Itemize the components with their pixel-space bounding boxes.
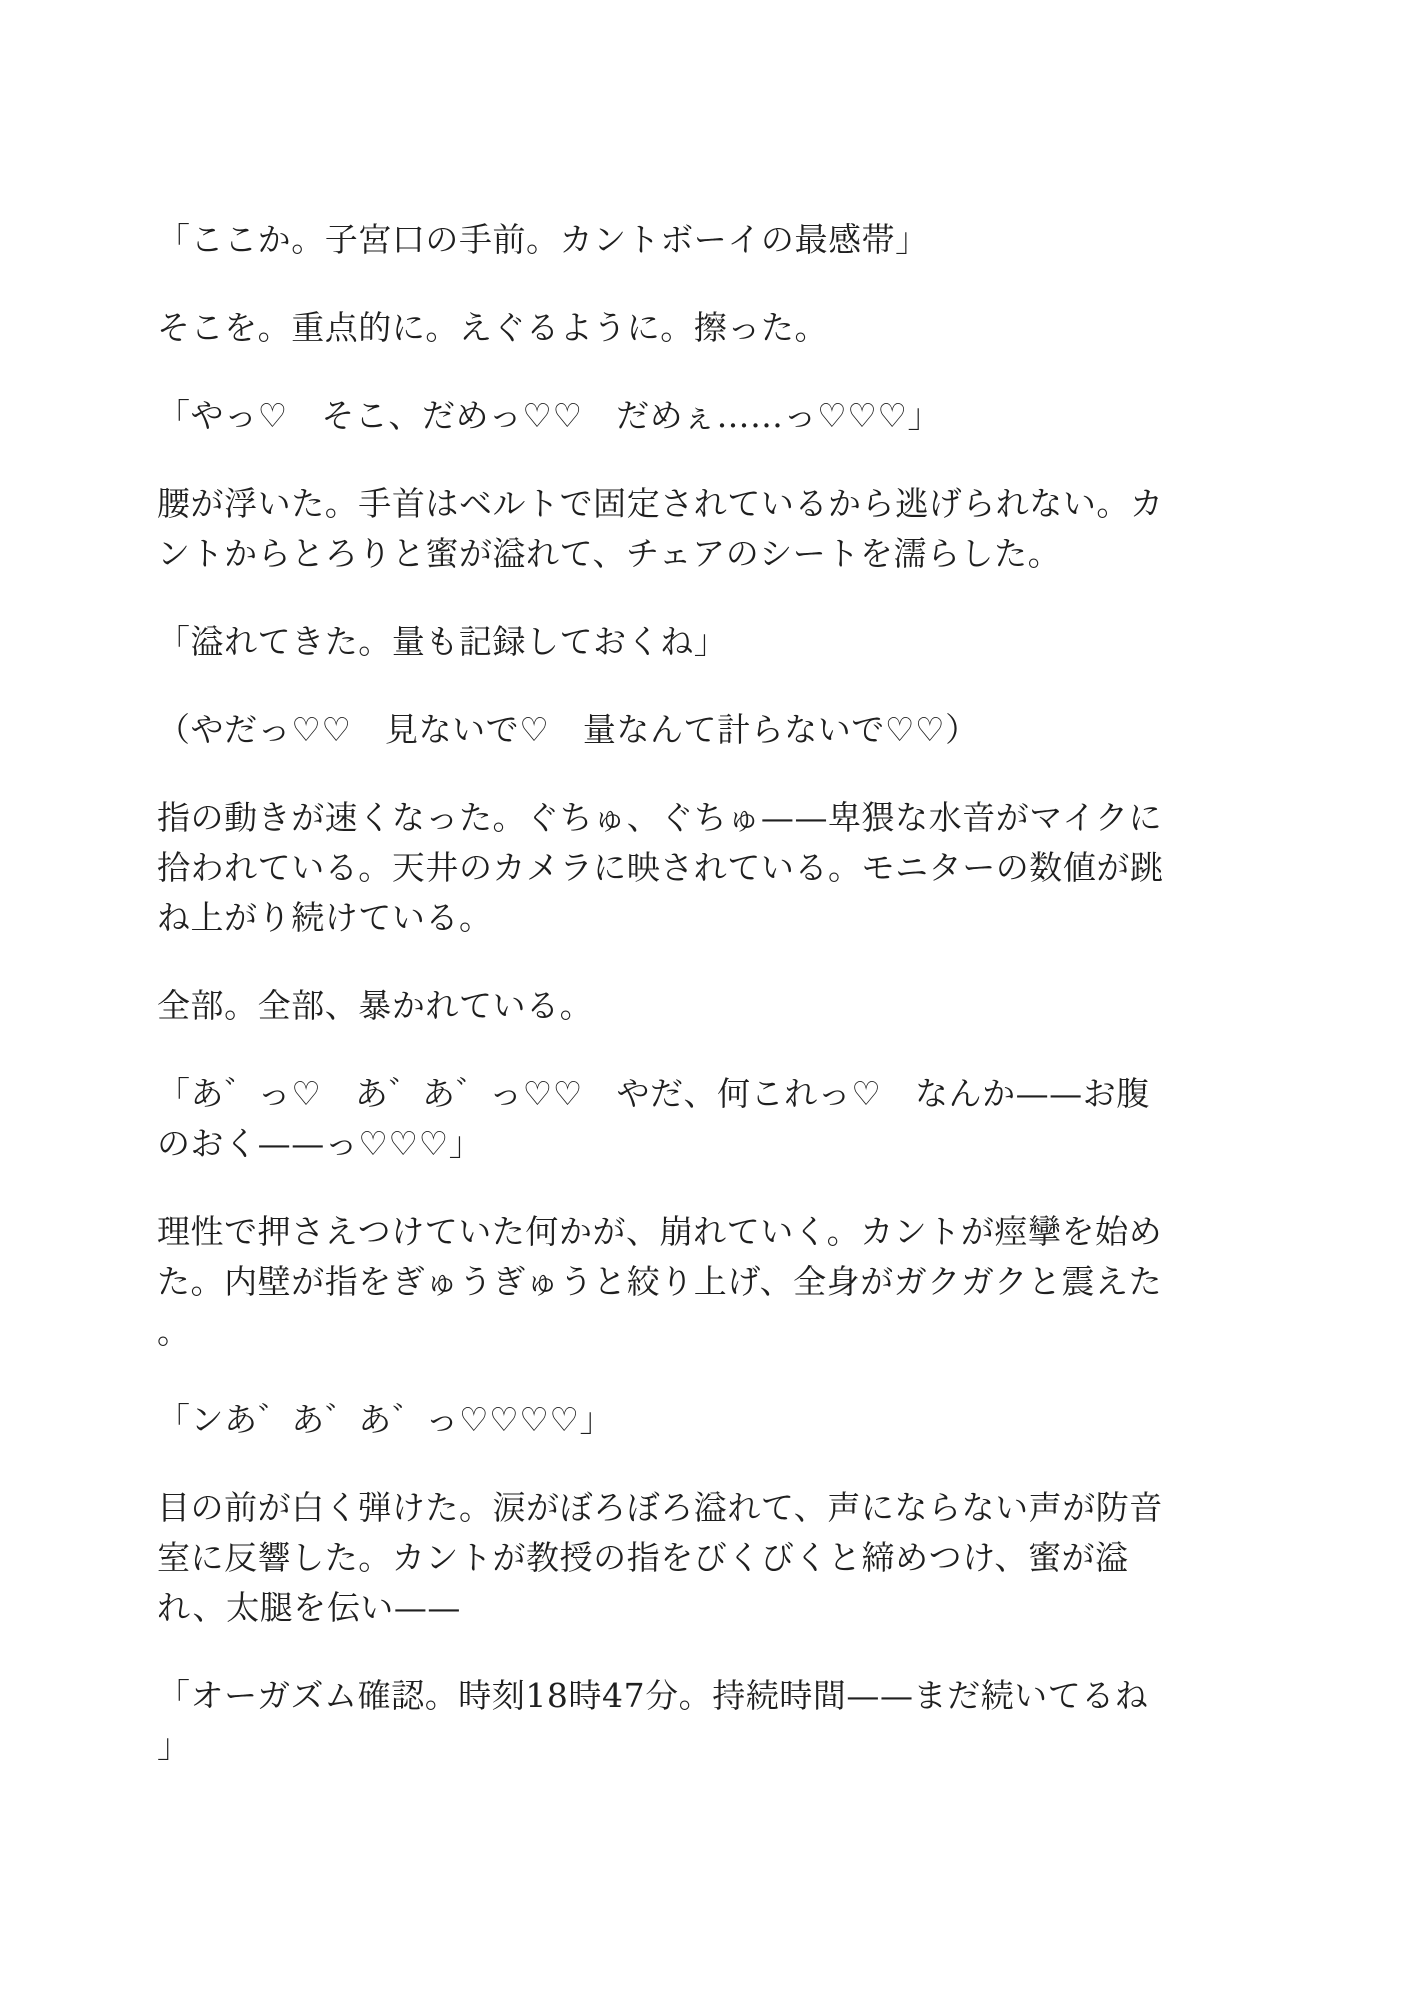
- paragraph-narration: 指の動きが速くなった。ぐちゅ、ぐちゅ——卑猥な水音がマイクに拾われている。天井の…: [157, 793, 1164, 943]
- paragraph-dialogue: 「溢れてきた。量も記録しておくね」: [157, 617, 1164, 667]
- paragraph-dialogue: 「ンあ゛あ゛あ゛っ♡♡♡♡」: [157, 1395, 1164, 1445]
- document-body: 「ここか。子宮口の手前。カントボーイの最感帯」そこを。重点的に。えぐるように。擦…: [157, 215, 1164, 1809]
- paragraph-dialogue: 「オーガズム確認。時刻18時47分。持続時間——まだ続いてるね」: [157, 1671, 1164, 1771]
- paragraph-narration: 腰が浮いた。手首はベルトで固定されているから逃げられない。カントからとろりと蜜が…: [157, 479, 1164, 579]
- paragraph-narration: 理性で押さえつけていた何かが、崩れていく。カントが痙攣を始めた。内壁が指をぎゅう…: [157, 1207, 1164, 1357]
- document-page: 「ここか。子宮口の手前。カントボーイの最感帯」そこを。重点的に。えぐるように。擦…: [0, 0, 1415, 2000]
- paragraph-narration: 目の前が白く弾けた。涙がぼろぼろ溢れて、声にならない声が防音室に反響した。カント…: [157, 1483, 1164, 1633]
- paragraph-thought: （やだっ♡♡ 見ないで♡ 量なんて計らないで♡♡）: [157, 705, 1164, 755]
- paragraph-dialogue: 「あ゛っ♡ あ゛あ゛っ♡♡ やだ、何これっ♡ なんか——お腹のおく——っ♡♡♡」: [157, 1069, 1164, 1169]
- paragraph-dialogue: 「ここか。子宮口の手前。カントボーイの最感帯」: [157, 215, 1164, 265]
- paragraph-dialogue: 「やっ♡ そこ、だめっ♡♡ だめぇ……っ♡♡♡」: [157, 391, 1164, 441]
- paragraph-narration: そこを。重点的に。えぐるように。擦った。: [157, 303, 1164, 353]
- paragraph-narration: 全部。全部、暴かれている。: [157, 981, 1164, 1031]
